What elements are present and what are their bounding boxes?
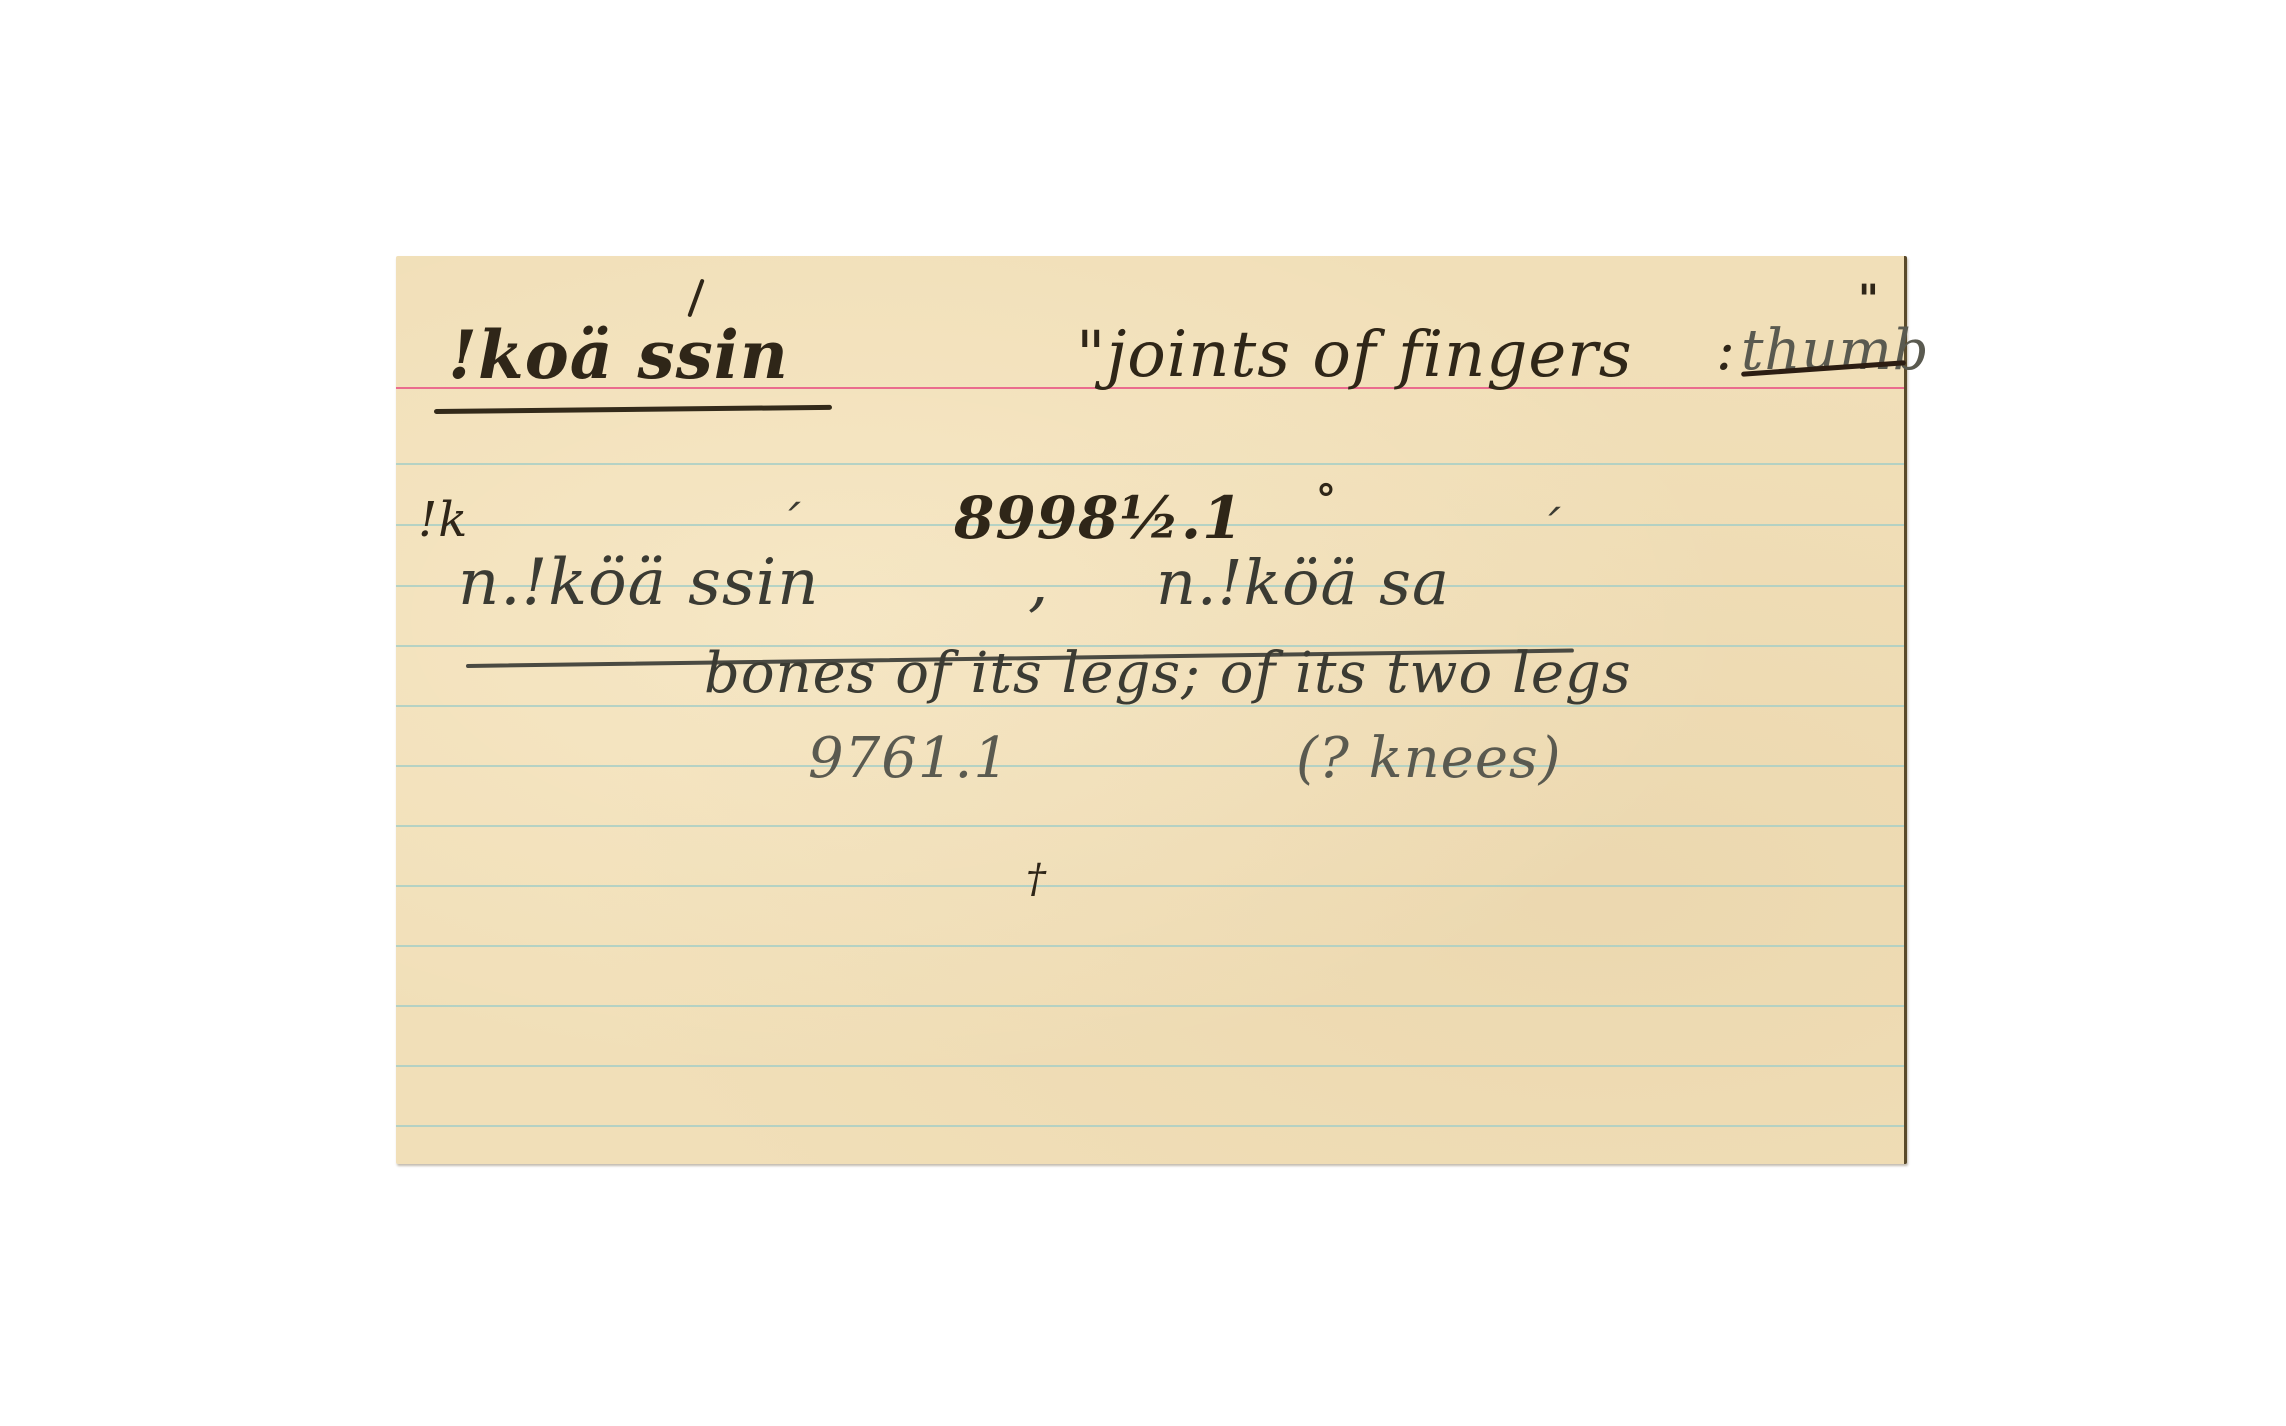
index-card: !koä ssin "joints of fingers : thumb " !… bbox=[396, 256, 1907, 1164]
ruled-line bbox=[396, 825, 1904, 827]
note-text: (? knees) bbox=[1296, 726, 1562, 791]
reference-top-mark: ° bbox=[1316, 476, 1337, 523]
headword-accent-mark bbox=[687, 279, 704, 318]
ruled-line bbox=[396, 463, 1904, 465]
reference-top: 8998½.1 bbox=[954, 484, 1243, 552]
form-2-accent: ´ bbox=[1536, 501, 1561, 557]
form-2: n.!köä sa bbox=[1156, 546, 1450, 619]
root-label: !k bbox=[418, 492, 468, 548]
gloss-closing-quote: " bbox=[1858, 276, 1880, 323]
gloss-separator: : bbox=[1716, 318, 1736, 383]
headword: !koä ssin bbox=[448, 316, 789, 394]
ruled-line bbox=[396, 885, 1904, 887]
ruled-line bbox=[396, 1065, 1904, 1067]
ruled-line bbox=[396, 1005, 1904, 1007]
ruled-line bbox=[396, 1125, 1904, 1127]
form-1-accent: ´ bbox=[776, 496, 801, 552]
reference-bottom: 9761.1 bbox=[808, 726, 1010, 791]
ruled-line bbox=[396, 945, 1904, 947]
forms-separator: , bbox=[1028, 546, 1049, 620]
cross-mark: † bbox=[1026, 856, 1047, 902]
ruled-line bbox=[396, 765, 1904, 767]
form-1: n.!köä ssin bbox=[458, 546, 819, 620]
translation: bones of its legs; of its two legs bbox=[704, 641, 1632, 706]
headword-underline bbox=[434, 405, 832, 414]
gloss-text: "joints of fingers bbox=[1076, 318, 1633, 392]
